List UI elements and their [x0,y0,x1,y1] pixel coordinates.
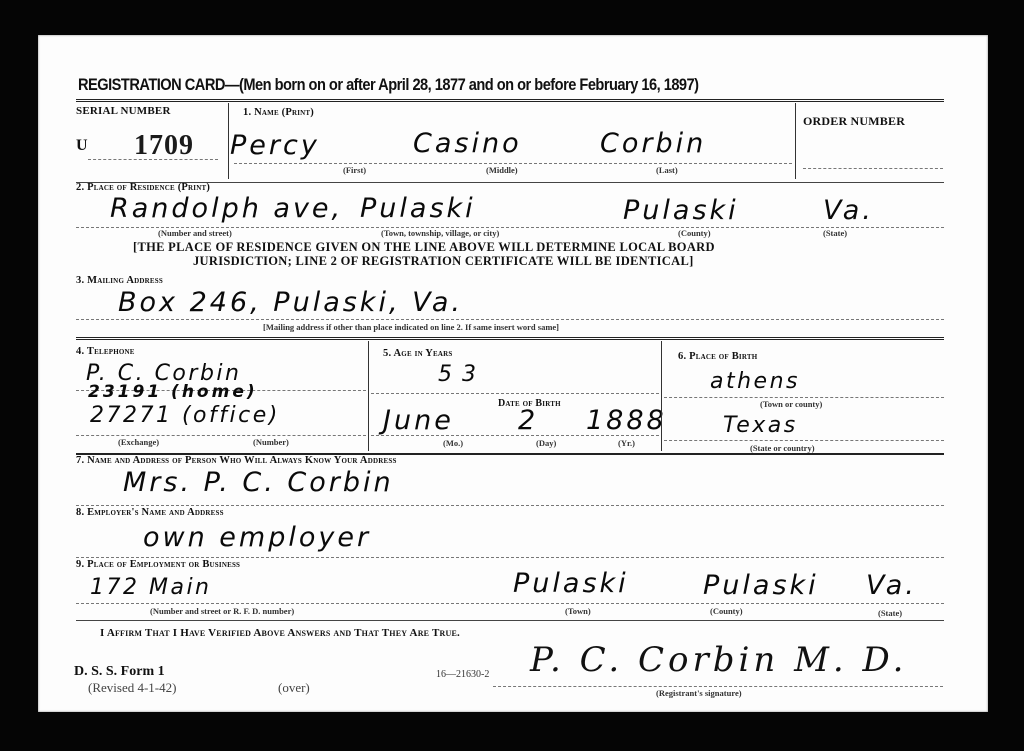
column-divider [228,103,229,179]
column-divider [661,341,662,451]
residence-street-caption: (Number and street) [158,228,232,238]
birth-day-value: 2 [518,405,538,436]
order-number-label: ORDER NUMBER [803,114,905,129]
signature-caption: (Registrant's signature) [656,688,742,698]
registrant-signature-value: P. C. Corbin M. D. [530,640,907,680]
serial-line [88,159,218,160]
age-label: 5. Age in Years [383,348,453,359]
birth-year-value: 1888 [586,405,667,436]
serial-number-label: SERIAL NUMBER [76,105,171,117]
mailing-address-note: [Mailing address if other than place ind… [263,322,559,332]
age-value: 53 [438,362,486,387]
birthplace-label: 6. Place of Birth [678,351,757,362]
birth-month-value: June [383,405,454,436]
birth-town-caption: (Town or county) [760,399,822,409]
residence-notice-line1: [THE PLACE OF RESIDENCE GIVEN ON THE LIN… [133,240,715,254]
contact-line [76,505,944,506]
employer-label: 8. Employer's Name and Address [76,507,224,518]
residence-label: 2. Place of Residence (Print) [76,182,210,193]
birthplace-line [664,397,944,398]
middle-name-caption: (Middle) [486,165,518,175]
last-name-value: Corbin [600,128,706,159]
serial-number-value: 1709 [134,130,194,162]
employment-line [76,603,944,604]
column-divider [368,341,369,451]
residence-town-caption: (Town, township, village, or city) [381,228,499,238]
divider [76,620,944,621]
day-caption: (Day) [536,438,556,448]
mailing-address-value: Box 246, Pulaski, Va. [118,287,463,318]
residence-town-value: Pulaski [360,193,476,224]
middle-name-value: Casino [413,128,522,159]
telephone-office-value: 27271 (office) [90,403,280,428]
form-revision: (Revised 4-1-42) [88,680,176,696]
year-caption: (Yr.) [618,438,635,448]
birth-town-value: athens [710,369,800,394]
telephone-home-value: 23191 (home) [88,382,258,402]
dob-line [371,435,659,436]
serial-prefix: U [76,137,88,155]
employer-value: own employer [143,522,371,553]
form-number: D. S. S. Form 1 [74,664,165,680]
last-name-caption: (Last) [656,165,678,175]
first-name-value: Percy [230,130,320,161]
birth-state-value: Texas [723,413,798,438]
employment-state-caption: (State) [878,608,902,618]
column-divider [795,103,796,179]
print-code: 16—21630-2 [436,669,489,680]
name-label: 1. Name (Print) [243,107,314,118]
order-number-line [803,168,943,169]
contact-person-label: 7. Name and Address of Person Who Will A… [76,455,397,466]
employment-street-value: 172 Main [90,575,212,600]
employment-street-caption: (Number and street or R. F. D. number) [150,606,294,616]
number-caption: (Number) [253,437,289,447]
age-line [371,393,659,394]
birth-state-caption: (State or country) [750,443,815,453]
residence-street-value: Randolph ave, [110,193,343,224]
first-name-caption: (First) [343,165,366,175]
residence-county-value: Pulaski [623,195,739,226]
telephone-label: 4. Telephone [76,346,135,357]
employment-place-label: 9. Place of Employment or Business [76,559,240,570]
mailing-address-label: 3. Mailing Address [76,275,163,286]
mailing-line [76,319,944,320]
employment-county-caption: (County) [710,606,743,616]
month-caption: (Mo.) [443,438,463,448]
residence-state-caption: (State) [823,228,847,238]
birthplace-line [664,440,944,441]
residence-notice-line2: JURISDICTION; LINE 2 OF REGISTRATION CER… [193,254,694,268]
exchange-caption: (Exchange) [118,437,159,447]
over-note: (over) [278,680,310,696]
contact-person-value: Mrs. P. C. Corbin [123,467,394,498]
employment-county-value: Pulaski [703,570,819,601]
name-line [234,163,792,164]
card-title: REGISTRATION CARD—(Men born on or after … [78,75,699,95]
residence-state-value: Va. [823,195,874,226]
employment-town-caption: (Town) [565,606,591,616]
affirmation-text: I Affirm That I Have Verified Above Answ… [100,627,460,639]
registration-card: REGISTRATION CARD—(Men born on or after … [38,35,988,712]
divider [76,99,944,102]
telephone-line [76,435,366,436]
employment-town-value: Pulaski [513,568,629,599]
signature-line [493,686,943,687]
divider [76,337,944,340]
residence-county-caption: (County) [678,228,711,238]
employment-state-value: Va. [866,570,917,601]
employer-line [76,557,944,558]
